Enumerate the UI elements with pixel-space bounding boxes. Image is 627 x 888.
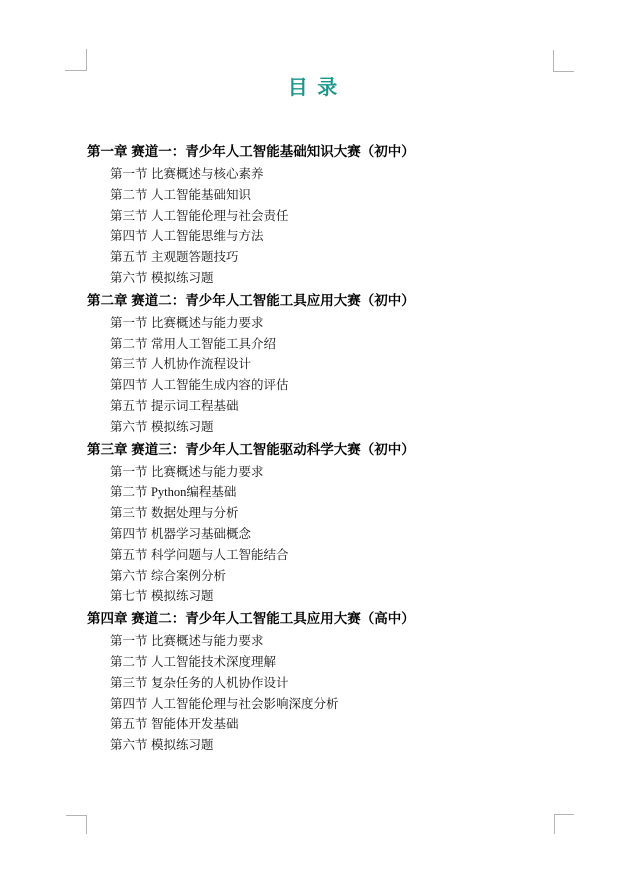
toc-section-item: 第二节 常用人工智能工具介绍 [87,334,553,355]
toc-section-item: 第五节 科学问题与人工智能结合 [87,545,553,566]
toc-section-item: 第三节 数据处理与分析 [87,503,553,524]
toc-chapter-heading: 第一章 赛道一：青少年人工智能基础知识大赛（初中） [87,140,553,164]
toc-section-item: 第四节 人工智能伦理与社会影响深度分析 [87,694,553,715]
margin-corner-mark-top-right [553,50,574,72]
toc-section-item: 第一节 比赛概述与能力要求 [87,313,553,334]
toc-section-item: 第三节 复杂任务的人机协作设计 [87,673,553,694]
toc-section-item: 第一节 比赛概述与能力要求 [87,462,553,483]
toc-section-item: 第二节 人工智能技术深度理解 [87,652,553,673]
toc-section-item: 第五节 主观题答题技巧 [87,247,553,268]
toc-section-item: 第六节 模拟练习题 [87,417,553,438]
toc-body: 第一章 赛道一：青少年人工智能基础知识大赛（初中） 第一节 比赛概述与核心素养 … [87,140,553,756]
margin-corner-mark-bottom-left [66,815,87,834]
toc-section-item: 第六节 模拟练习题 [87,268,553,289]
toc-section-item: 第五节 提示词工程基础 [87,396,553,417]
toc-section-item: 第四节 人工智能思维与方法 [87,226,553,247]
toc-section-item: 第五节 智能体开发基础 [87,714,553,735]
toc-section-item: 第四节 人工智能生成内容的评估 [87,375,553,396]
toc-section-item: 第一节 比赛概述与能力要求 [87,631,553,652]
toc-title: 目 录 [0,71,627,100]
toc-section-item: 第七节 模拟练习题 [87,586,553,607]
toc-section-item: 第四节 机器学习基础概念 [87,524,553,545]
toc-section-item: 第二节 人工智能基础知识 [87,185,553,206]
toc-section-item: 第三节 人工智能伦理与社会责任 [87,206,553,227]
document-page: 目 录 第一章 赛道一：青少年人工智能基础知识大赛（初中） 第一节 比赛概述与核… [0,0,627,888]
toc-section-item: 第六节 综合案例分析 [87,566,553,587]
margin-corner-mark-bottom-right [554,814,574,834]
toc-chapter-heading: 第四章 赛道二：青少年人工智能工具应用大赛（高中） [87,607,553,631]
toc-chapter-heading: 第二章 赛道二：青少年人工智能工具应用大赛（初中） [87,289,553,313]
toc-section-item: 第六节 模拟练习题 [87,735,553,756]
toc-section-item: 第三节 人机协作流程设计 [87,354,553,375]
toc-section-item: 第一节 比赛概述与核心素养 [87,164,553,185]
toc-section-item: 第二节 Python编程基础 [87,482,553,503]
margin-corner-mark-top-left [65,49,87,71]
toc-chapter-heading: 第三章 赛道三：青少年人工智能驱动科学大赛（初中） [87,438,553,462]
